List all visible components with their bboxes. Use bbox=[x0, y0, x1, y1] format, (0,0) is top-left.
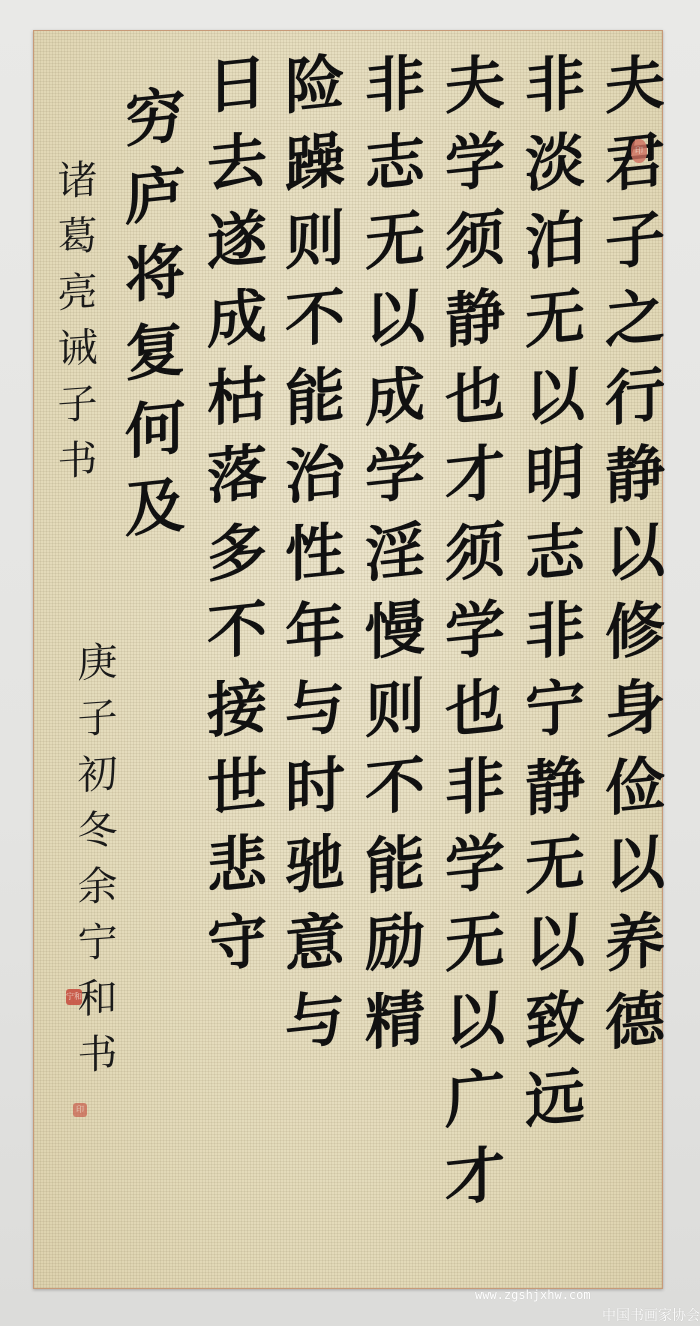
calligraphy-character: 以 bbox=[600, 518, 660, 584]
calligraphy-character: 夫 bbox=[440, 50, 500, 116]
calligraphy-character: 非 bbox=[360, 50, 420, 116]
calligraphy-character: 去 bbox=[202, 128, 262, 194]
calligraphy-character: 则 bbox=[280, 206, 340, 272]
calligraphy-character: 才 bbox=[440, 1142, 500, 1208]
calligraphy-character: 以 bbox=[600, 830, 660, 896]
inscription-character: 初 bbox=[74, 752, 114, 795]
calligraphy-column-4: 非志无以成学淫慢则不能励精 bbox=[360, 53, 420, 1067]
calligraphy-character: 夫 bbox=[600, 50, 660, 116]
calligraphy-character: 无 bbox=[440, 908, 500, 974]
inscription-character: 庚 bbox=[74, 640, 114, 683]
calligraphy-character: 则 bbox=[360, 674, 420, 740]
inscription-character: 余 bbox=[74, 864, 114, 907]
calligraphy-character: 也 bbox=[440, 674, 500, 740]
calligraphy-character: 意 bbox=[280, 908, 340, 974]
calligraphy-character: 不 bbox=[360, 752, 420, 818]
inscription-character: 冬 bbox=[74, 808, 114, 851]
calligraphy-character: 宁 bbox=[520, 674, 580, 740]
calligraphy-character: 静 bbox=[520, 752, 580, 818]
calligraphy-character: 以 bbox=[520, 362, 580, 428]
calligraphy-character: 也 bbox=[440, 362, 500, 428]
calligraphy-character: 以 bbox=[520, 908, 580, 974]
calligraphy-character: 庐 bbox=[120, 161, 180, 227]
calligraphy-character: 枯 bbox=[202, 362, 262, 428]
calligraphy-character: 成 bbox=[360, 362, 420, 428]
calligraphy-character: 非 bbox=[520, 50, 580, 116]
calligraphy-character: 非 bbox=[440, 752, 500, 818]
calligraphy-character: 险 bbox=[280, 50, 340, 116]
calligraphy-character: 身 bbox=[600, 674, 660, 740]
title-inscription: 诸葛亮诫子书 bbox=[54, 159, 94, 495]
calligraphy-character: 俭 bbox=[600, 752, 660, 818]
calligraphy-character: 性 bbox=[280, 518, 340, 584]
signature-inscription: 庚子初冬余宁和书 bbox=[74, 641, 114, 1089]
calligraphy-character: 静 bbox=[440, 284, 500, 350]
calligraphy-character: 穷 bbox=[120, 83, 180, 149]
calligraphy-character: 养 bbox=[600, 908, 660, 974]
inscription-character: 书 bbox=[54, 438, 94, 481]
inscription-character: 葛 bbox=[54, 214, 94, 257]
calligraphy-character: 驰 bbox=[280, 830, 340, 896]
calligraphy-scroll: 夫君子之行静以修身俭以养德 非淡泊无以明志非宁静无以致远 夫学须静也才须学也非学… bbox=[33, 30, 663, 1289]
calligraphy-character: 致 bbox=[520, 986, 580, 1052]
calligraphy-character: 学 bbox=[440, 128, 500, 194]
calligraphy-character: 慢 bbox=[360, 596, 420, 662]
calligraphy-character: 躁 bbox=[280, 128, 340, 194]
calligraphy-character: 守 bbox=[202, 908, 262, 974]
calligraphy-column-3: 夫学须静也才须学也非学无以广才 bbox=[440, 53, 500, 1223]
inscription-character: 亮 bbox=[54, 270, 94, 313]
calligraphy-character: 年 bbox=[280, 596, 340, 662]
calligraphy-character: 及 bbox=[120, 473, 180, 539]
calligraphy-character: 何 bbox=[120, 395, 180, 461]
calligraphy-character: 淫 bbox=[360, 518, 420, 584]
calligraphy-character: 修 bbox=[600, 596, 660, 662]
calligraphy-column-5: 险躁则不能治性年与时驰意与 bbox=[280, 53, 340, 1067]
calligraphy-character: 学 bbox=[360, 440, 420, 506]
calligraphy-character: 君 bbox=[600, 128, 660, 194]
calligraphy-character: 遂 bbox=[202, 206, 262, 272]
calligraphy-character: 成 bbox=[202, 284, 262, 350]
calligraphy-column-1: 夫君子之行静以修身俭以养德 bbox=[600, 53, 660, 1067]
calligraphy-character: 励 bbox=[360, 908, 420, 974]
calligraphy-character: 广 bbox=[440, 1064, 500, 1130]
calligraphy-character: 与 bbox=[280, 986, 340, 1052]
watermark-url: www.zgshjxhw.com bbox=[475, 1288, 591, 1302]
calligraphy-character: 时 bbox=[280, 752, 340, 818]
leading-seal-icon: 印 bbox=[631, 139, 647, 163]
calligraphy-character: 治 bbox=[280, 440, 340, 506]
calligraphy-character: 学 bbox=[440, 596, 500, 662]
calligraphy-character: 明 bbox=[520, 440, 580, 506]
calligraphy-character: 落 bbox=[202, 440, 262, 506]
calligraphy-character: 志 bbox=[520, 518, 580, 584]
calligraphy-character: 学 bbox=[440, 830, 500, 896]
calligraphy-character: 无 bbox=[520, 284, 580, 350]
calligraphy-character: 多 bbox=[202, 518, 262, 584]
calligraphy-character: 非 bbox=[520, 596, 580, 662]
calligraphy-character: 志 bbox=[360, 128, 420, 194]
calligraphy-character: 远 bbox=[520, 1064, 580, 1130]
calligraphy-character: 之 bbox=[600, 284, 660, 350]
calligraphy-character: 不 bbox=[202, 596, 262, 662]
calligraphy-column-7: 穷庐将复何及 bbox=[120, 86, 180, 554]
calligraphy-character: 将 bbox=[120, 239, 180, 305]
calligraphy-character: 无 bbox=[520, 830, 580, 896]
calligraphy-character: 接 bbox=[202, 674, 262, 740]
calligraphy-character: 精 bbox=[360, 986, 420, 1052]
calligraphy-character: 与 bbox=[280, 674, 340, 740]
watermark-brand: 中国书画家协会 bbox=[602, 1305, 700, 1325]
calligraphy-character: 世 bbox=[202, 752, 262, 818]
inscription-character: 诫 bbox=[54, 326, 94, 369]
calligraphy-character: 无 bbox=[360, 206, 420, 272]
calligraphy-character: 日 bbox=[202, 50, 262, 116]
inscription-character: 子 bbox=[74, 696, 114, 739]
inscription-character: 诸 bbox=[54, 158, 94, 201]
inscription-character: 宁 bbox=[74, 920, 114, 963]
style-seal-icon: 印 bbox=[73, 1103, 87, 1117]
calligraphy-character: 须 bbox=[440, 206, 500, 272]
calligraphy-character: 子 bbox=[600, 206, 660, 272]
calligraphy-character: 不 bbox=[280, 284, 340, 350]
name-seal-icon: 宁和 bbox=[66, 989, 82, 1005]
calligraphy-character: 德 bbox=[600, 986, 660, 1052]
calligraphy-character: 行 bbox=[600, 362, 660, 428]
calligraphy-character: 须 bbox=[440, 518, 500, 584]
calligraphy-character: 能 bbox=[280, 362, 340, 428]
calligraphy-character: 以 bbox=[360, 284, 420, 350]
calligraphy-character: 淡 bbox=[520, 128, 580, 194]
calligraphy-character: 以 bbox=[440, 986, 500, 1052]
calligraphy-character: 复 bbox=[120, 317, 180, 383]
inscription-character: 子 bbox=[54, 382, 94, 425]
calligraphy-character: 才 bbox=[440, 440, 500, 506]
calligraphy-character: 泊 bbox=[520, 206, 580, 272]
calligraphy-column-6: 日去遂成枯落多不接世悲守 bbox=[202, 53, 262, 989]
calligraphy-character: 静 bbox=[600, 440, 660, 506]
calligraphy-character: 能 bbox=[360, 830, 420, 896]
calligraphy-character: 悲 bbox=[202, 830, 262, 896]
calligraphy-column-2: 非淡泊无以明志非宁静无以致远 bbox=[520, 53, 580, 1145]
inscription-character: 书 bbox=[74, 1032, 114, 1075]
